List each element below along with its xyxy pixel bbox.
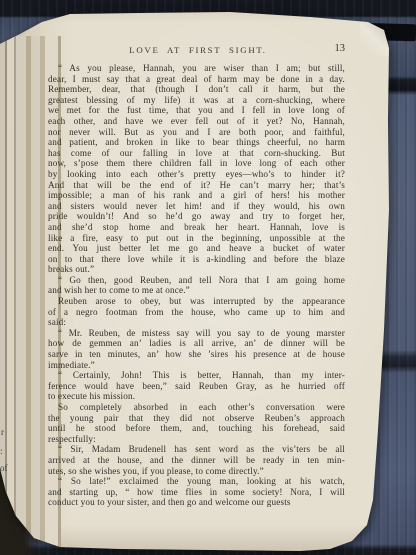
text-line: until he stood before them, and, touchin… [48,423,345,434]
text-line: greatest blessing of my life) it was at … [48,95,345,106]
text-line: each other, and have we ever fell out of… [48,116,345,127]
book-page: LOVE AT FIRST SIGHT. 13 “ As you please,… [0,0,416,555]
dog-ear-corner [360,18,394,56]
text-line: and sisters would never let him! and if … [48,201,345,212]
text-line: “ So late!” exclaimed the young man, loo… [48,476,345,487]
text-line: “ Certainly, John! This is better, Hanna… [48,370,345,381]
text-line: we met for the fust time, that you and I… [48,105,345,116]
text-line: “ Go then, good Reuben, and tell Nora th… [48,275,345,286]
text-line: and she’d stop home and break her heart.… [48,222,345,233]
gutter-text-fragment: of [0,463,8,473]
text-line: and wish her to come to me at once.” [48,285,345,296]
text-block: “ As you please, Hannah, you are wiser t… [48,63,345,508]
text-line: and starting up, “ how time flies in som… [48,487,345,498]
text-line: by looking into each other’s pretty eyes… [48,169,345,180]
text-line: said: [48,317,345,328]
text-line: conduct you to your sister, and then go … [48,497,345,508]
text-line: So completely absorbed in each other’s c… [48,402,345,413]
gutter-text-fragment: k [1,495,6,505]
text-line: sarve in ten minutes, an’ how she ’sires… [48,349,345,360]
text-line: impossible; a man of his rank and a girl… [48,190,345,201]
text-line: like a fire, easy to put out in the begi… [48,233,345,244]
text-line: utes, so she wishes you, if you please, … [48,466,345,477]
text-line: has come of our falling in love at that … [48,148,345,159]
text-line: breaks out.” [48,264,345,275]
gutter-text-fragment: r [1,427,4,437]
text-line: pride wouldn’t! And so he’d go away and … [48,211,345,222]
text-line: of a negro footman from the house, who c… [48,307,345,318]
text-line: arrived at the house, and the dinner wil… [48,455,345,466]
text-line: ference would have been,” said Reuben Gr… [48,381,345,392]
text-line: And that will be the end of it? He can’t… [48,180,345,191]
text-line: Reuben arose to obey, but was interrupte… [48,296,345,307]
page-number: 13 [48,43,345,54]
text-line: now, s’pose them there children fall in … [48,158,345,169]
text-line: how de gemmen an’ ladies is all arrive, … [48,338,345,349]
text-line: immediate.” [48,360,345,371]
text-line: “ Sir, Madam Brudenell has sent word as … [48,444,345,455]
text-line: the young pair that they did not observe… [48,413,345,424]
text-line: nor never will. But as you and I are bot… [48,127,345,138]
text-line: end. You just better let me go and heave… [48,243,345,254]
gutter-text-fragment: : [0,446,3,456]
gutter-text-fragment: t, [0,480,5,490]
text-line: on to that there love while it is a-kind… [48,254,345,265]
text-line: “ Mr. Reuben, de mistess say will you sa… [48,328,345,339]
text-line: and patient, and broken in like to bear … [48,137,345,148]
book-page-wrap: LOVE AT FIRST SIGHT. 13 “ As you please,… [0,0,416,555]
text-line: “ As you please, Hannah, you are wiser t… [48,63,345,74]
text-line: to execute his mission. [48,391,345,402]
text-line: dear, I must say that a great deal of ha… [48,74,345,85]
text-line: respectfully: [48,434,345,445]
text-line: Remember, dear, that (though I don’t cal… [48,84,345,95]
book-photo: { "book_page": { "running_header": "LOVE… [0,0,416,555]
